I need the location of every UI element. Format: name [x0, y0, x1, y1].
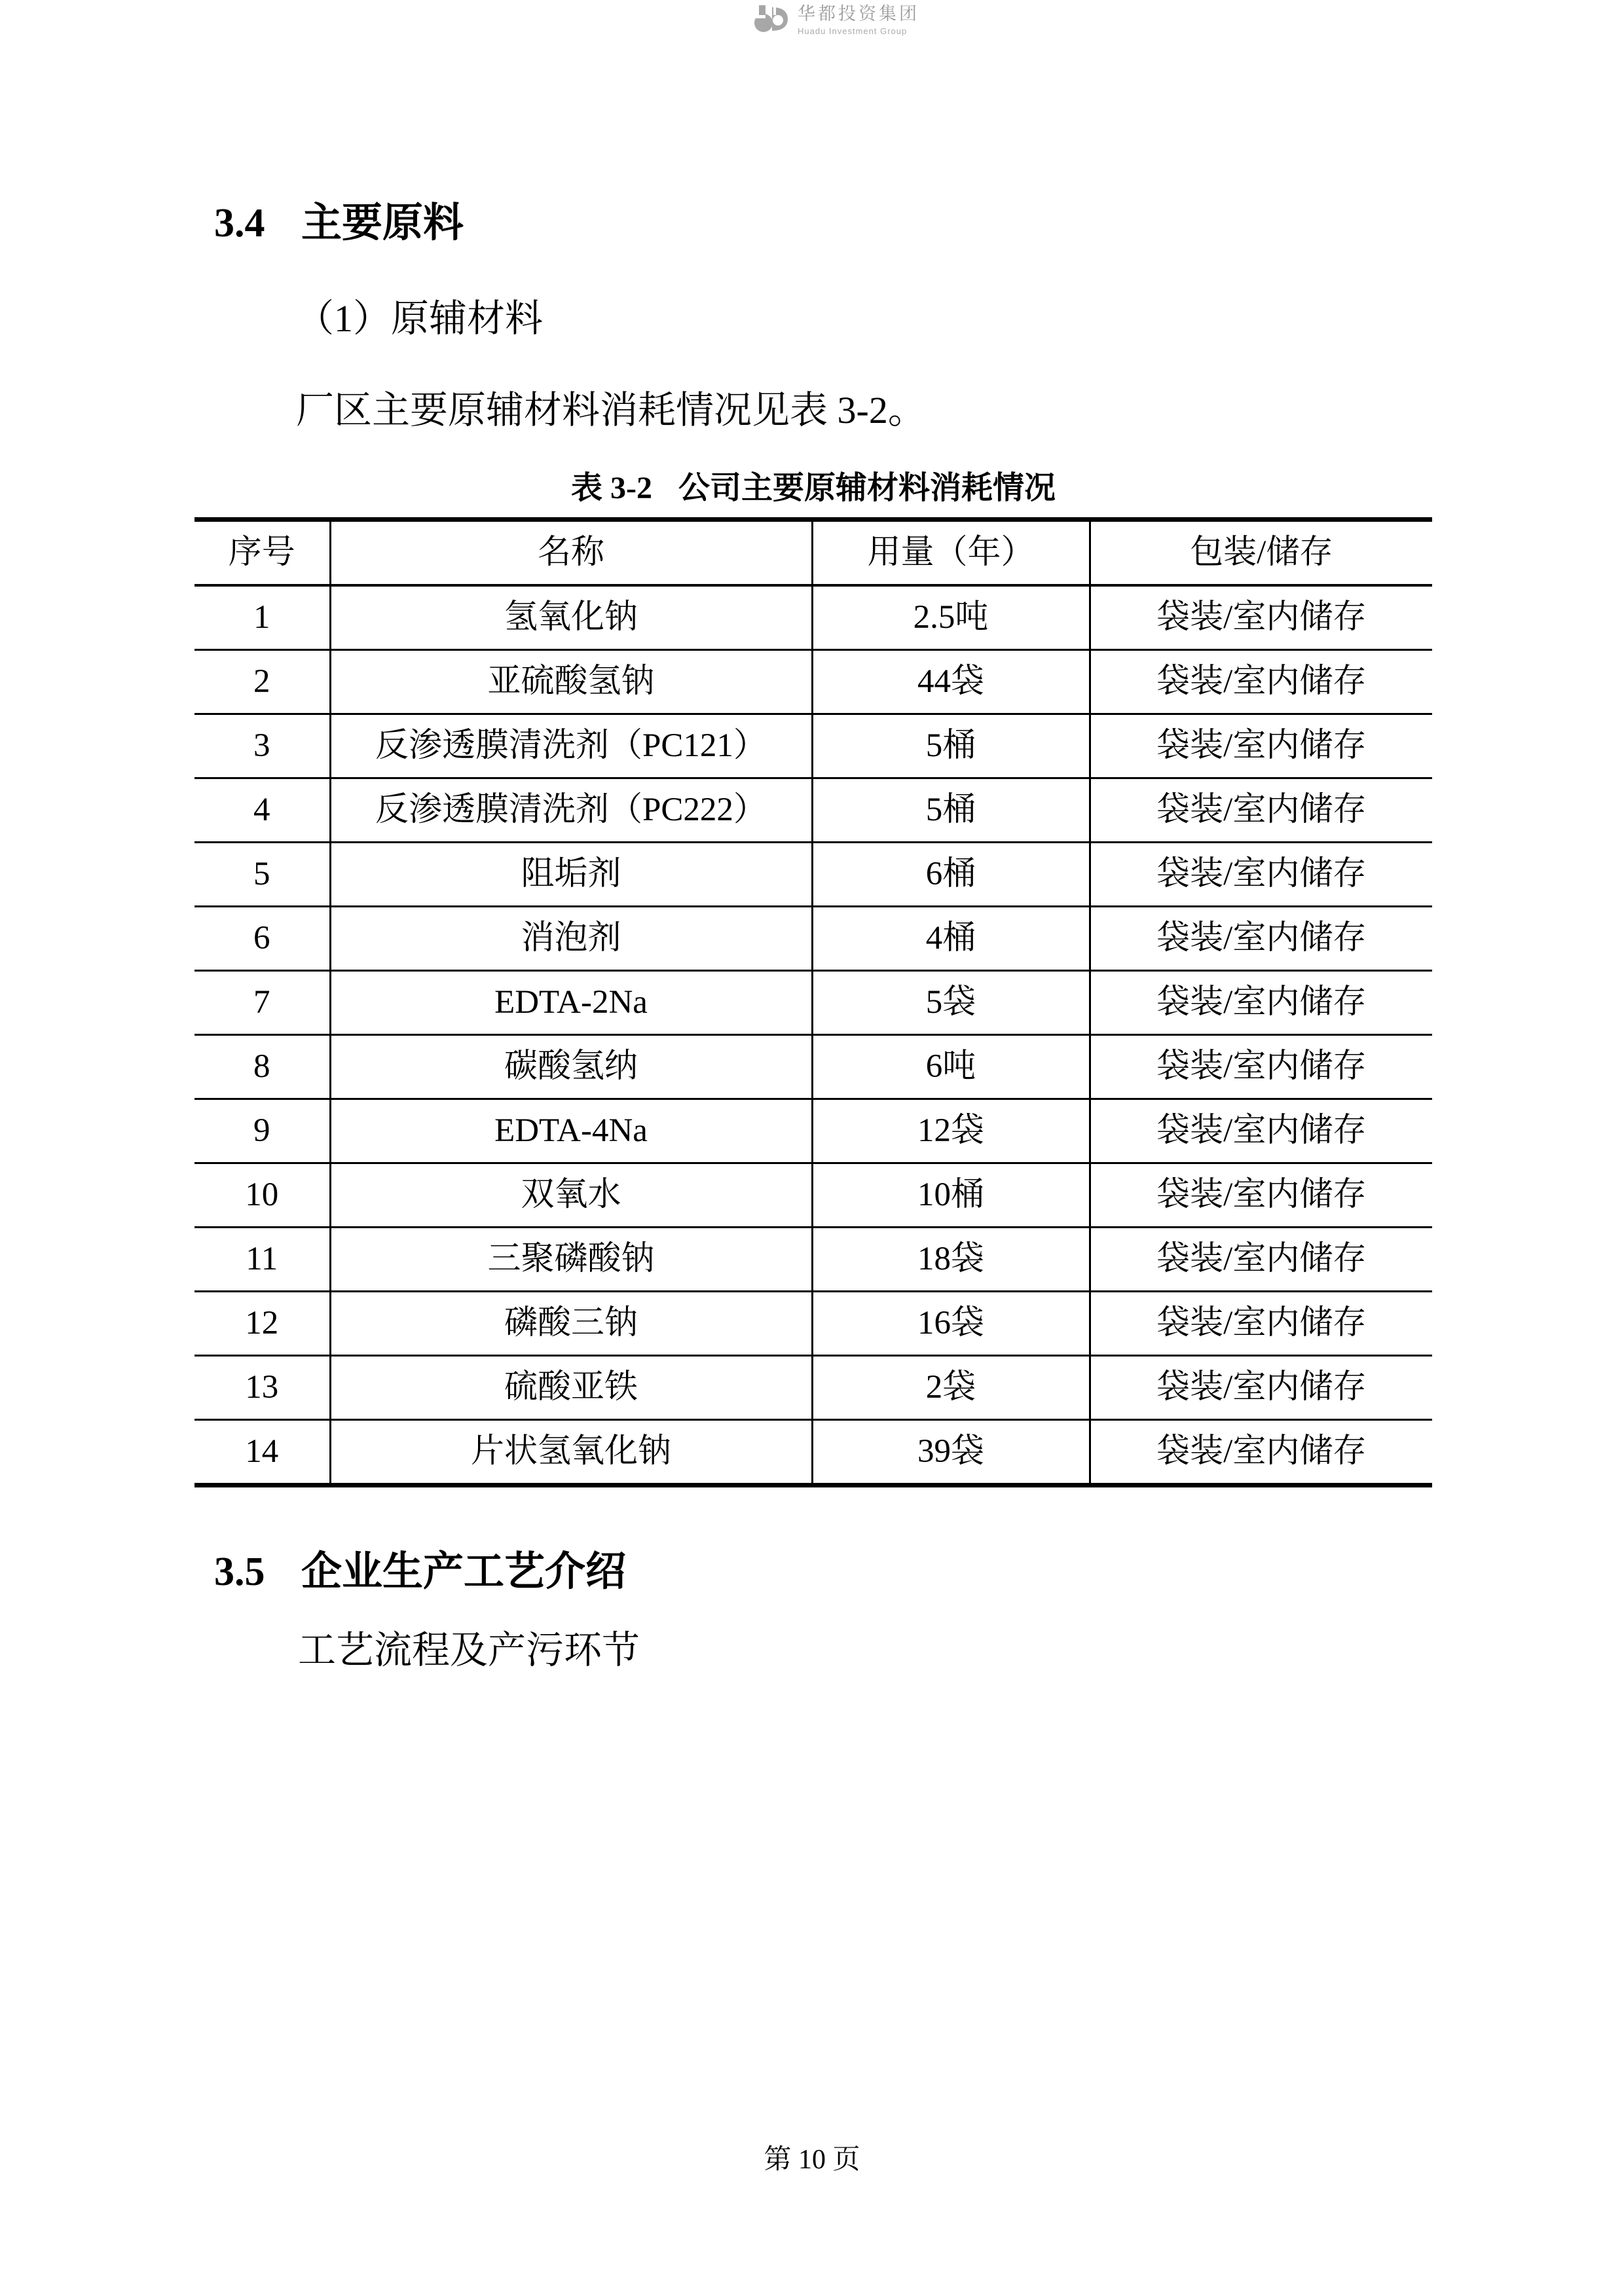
cell-usage: 2袋 [812, 1356, 1090, 1420]
cell-package: 袋装/室内储存 [1090, 843, 1432, 907]
cell-package: 袋装/室内储存 [1090, 1292, 1432, 1356]
table-header-row: 序号 名称 用量（年） 包装/储存 [194, 520, 1432, 586]
cell-index: 3 [194, 714, 330, 778]
cell-index: 4 [194, 778, 330, 843]
cell-usage: 6吨 [812, 1035, 1090, 1099]
cell-index: 9 [194, 1099, 330, 1163]
table-row: 6 消泡剂 4桶 袋装/室内储存 [194, 907, 1432, 971]
section-number: 3.4 [214, 203, 265, 244]
cell-index: 13 [194, 1356, 330, 1420]
cell-name: 硫酸亚铁 [330, 1356, 812, 1420]
cell-package: 袋装/室内储存 [1090, 1035, 1432, 1099]
col-header-package: 包装/储存 [1090, 520, 1432, 586]
section-title: 企业生产工艺介绍 [301, 1552, 626, 1592]
cell-name: 反渗透膜清洗剂（PC222） [330, 778, 812, 843]
logo-text: 华都投资集团 Huadu Investment Group [798, 5, 919, 35]
cell-name: 三聚磷酸钠 [330, 1228, 812, 1292]
table-row: 13 硫酸亚铁 2袋 袋装/室内储存 [194, 1356, 1432, 1420]
intro-paragraph: 厂区主要原辅材料消耗情况见表 3-2。 [296, 392, 926, 429]
cell-index: 6 [194, 907, 330, 971]
table-row: 5 阻垢剂 6桶 袋装/室内储存 [194, 843, 1432, 907]
col-header-index: 序号 [194, 520, 330, 586]
cell-usage: 16袋 [812, 1292, 1090, 1356]
cell-package: 袋装/室内储存 [1090, 971, 1432, 1035]
section-heading-3-4: 3.4 主要原料 [214, 203, 464, 244]
table-caption-label: 表 3-2 [571, 471, 652, 505]
table-row: 1 氢氧化钠 2.5吨 袋装/室内储存 [194, 585, 1432, 650]
cell-name: 反渗透膜清洗剂（PC121） [330, 714, 812, 778]
table-caption: 表 3-2 公司主要原辅材料消耗情况 [194, 473, 1432, 504]
cell-index: 1 [194, 585, 330, 650]
logo-en-name: Huadu Investment Group [798, 27, 919, 35]
cell-usage: 6桶 [812, 843, 1090, 907]
logo-cn-name: 华都投资集团 [798, 5, 919, 23]
cell-index: 2 [194, 650, 330, 714]
table-header: 序号 名称 用量（年） 包装/储存 [194, 520, 1432, 586]
cell-usage: 39袋 [812, 1420, 1090, 1485]
col-header-usage: 用量（年） [812, 520, 1090, 586]
cell-package: 袋装/室内储存 [1090, 1356, 1432, 1420]
cell-name: 双氧水 [330, 1163, 812, 1228]
cell-index: 7 [194, 971, 330, 1035]
table-row: 14 片状氢氧化钠 39袋 袋装/室内储存 [194, 1420, 1432, 1485]
section-title: 主要原料 [301, 203, 464, 244]
cell-package: 袋装/室内储存 [1090, 1228, 1432, 1292]
cell-usage: 2.5吨 [812, 585, 1090, 650]
cell-name: 片状氢氧化钠 [330, 1420, 812, 1485]
table-row: 9 EDTA-4Na 12袋 袋装/室内储存 [194, 1099, 1432, 1163]
cell-package: 袋装/室内储存 [1090, 1163, 1432, 1228]
cell-name: 消泡剂 [330, 907, 812, 971]
cell-index: 8 [194, 1035, 330, 1099]
table-row: 4 反渗透膜清洗剂（PC222） 5桶 袋装/室内储存 [194, 778, 1432, 843]
cell-name: 阻垢剂 [330, 843, 812, 907]
cell-package: 袋装/室内储存 [1090, 585, 1432, 650]
document-page: { "logo": { "cn": "华都投资集团", "en": "Huadu… [0, 0, 1624, 2296]
cell-package: 袋装/室内储存 [1090, 1420, 1432, 1485]
cell-package: 袋装/室内储存 [1090, 1099, 1432, 1163]
table-body: 1 氢氧化钠 2.5吨 袋装/室内储存 2 亚硫酸氢钠 44袋 袋装/室内储存 … [194, 585, 1432, 1485]
cell-index: 14 [194, 1420, 330, 1485]
hd-logo-icon [753, 5, 788, 33]
table-caption-title: 公司主要原辅材料消耗情况 [678, 471, 1056, 505]
cell-package: 袋装/室内储存 [1090, 907, 1432, 971]
page-number: 第 10 页 [0, 2146, 1624, 2174]
cell-name: 亚硫酸氢钠 [330, 650, 812, 714]
cell-name: 碳酸氢纳 [330, 1035, 812, 1099]
cell-usage: 5袋 [812, 971, 1090, 1035]
cell-name: EDTA-4Na [330, 1099, 812, 1163]
table-row: 3 反渗透膜清洗剂（PC121） 5桶 袋装/室内储存 [194, 714, 1432, 778]
cell-usage: 5桶 [812, 714, 1090, 778]
cell-name: 氢氧化钠 [330, 585, 812, 650]
cell-package: 袋装/室内储存 [1090, 650, 1432, 714]
cell-usage: 12袋 [812, 1099, 1090, 1163]
company-logo: 华都投资集团 Huadu Investment Group [753, 5, 919, 35]
cell-index: 5 [194, 843, 330, 907]
cell-index: 11 [194, 1228, 330, 1292]
cell-usage: 44袋 [812, 650, 1090, 714]
cell-index: 12 [194, 1292, 330, 1356]
materials-table: 序号 名称 用量（年） 包装/储存 1 氢氧化钠 2.5吨 袋装/室内储存 2 … [194, 517, 1432, 1487]
cell-name: 磷酸三钠 [330, 1292, 812, 1356]
cell-name: EDTA-2Na [330, 971, 812, 1035]
cell-usage: 4桶 [812, 907, 1090, 971]
cell-usage: 10桶 [812, 1163, 1090, 1228]
cell-package: 袋装/室内储存 [1090, 714, 1432, 778]
table-row: 2 亚硫酸氢钠 44袋 袋装/室内储存 [194, 650, 1432, 714]
cell-index: 10 [194, 1163, 330, 1228]
table-row: 10 双氧水 10桶 袋装/室内储存 [194, 1163, 1432, 1228]
cell-usage: 18袋 [812, 1228, 1090, 1292]
section-number: 3.5 [214, 1552, 265, 1592]
subsection-label: （1）原辅材料 [296, 300, 543, 338]
flow-paragraph: 工艺流程及产污环节 [298, 1631, 640, 1669]
table-row: 7 EDTA-2Na 5袋 袋装/室内储存 [194, 971, 1432, 1035]
cell-package: 袋装/室内储存 [1090, 778, 1432, 843]
table-row: 11 三聚磷酸钠 18袋 袋装/室内储存 [194, 1228, 1432, 1292]
col-header-name: 名称 [330, 520, 812, 586]
cell-usage: 5桶 [812, 778, 1090, 843]
section-heading-3-5: 3.5 企业生产工艺介绍 [214, 1552, 626, 1592]
table-row: 8 碳酸氢纳 6吨 袋装/室内储存 [194, 1035, 1432, 1099]
table-row: 12 磷酸三钠 16袋 袋装/室内储存 [194, 1292, 1432, 1356]
